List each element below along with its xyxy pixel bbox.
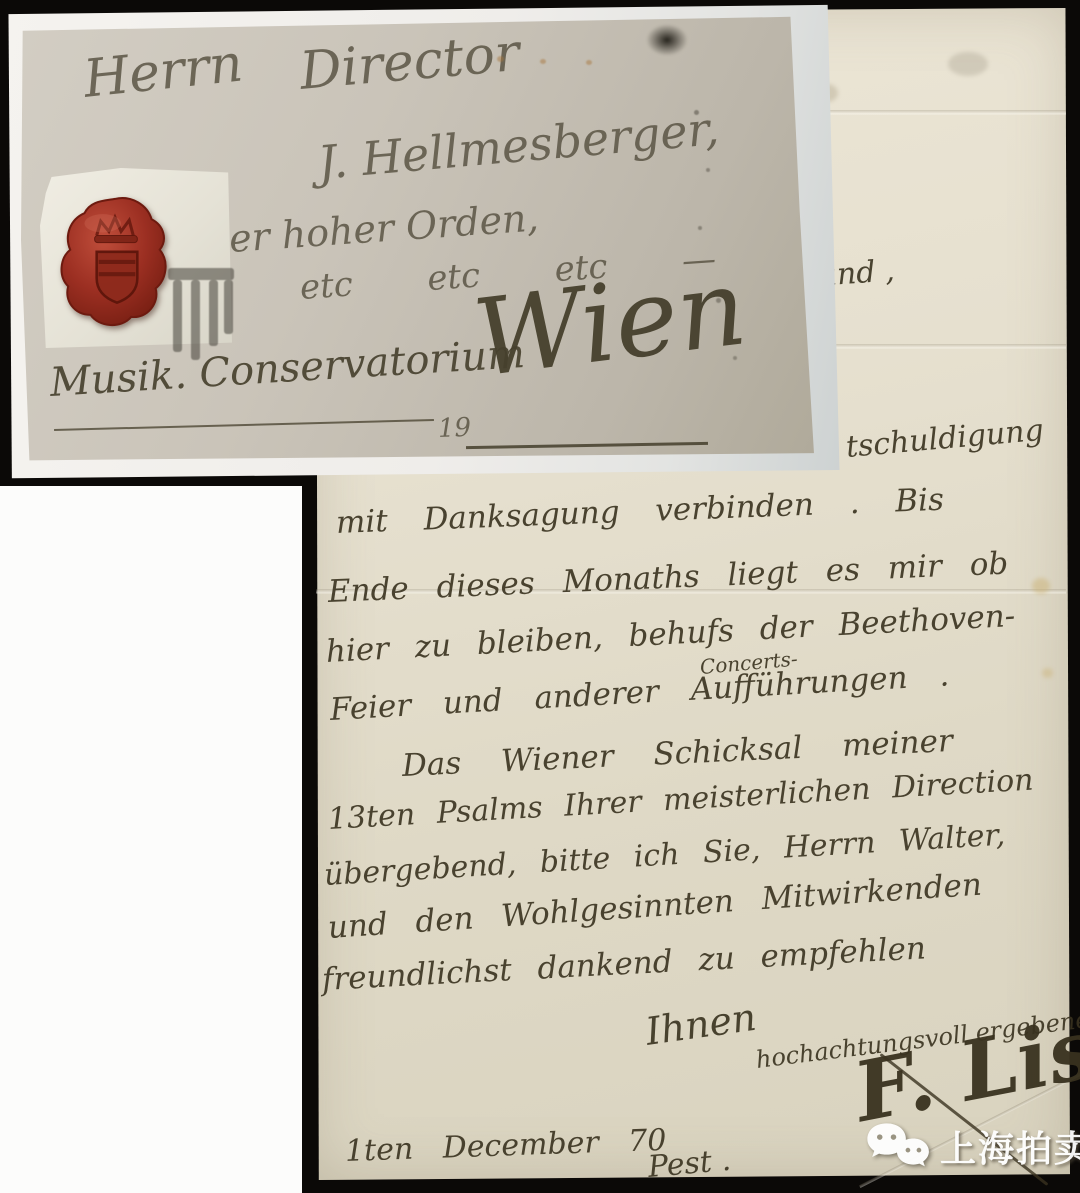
ink-speck — [698, 226, 702, 230]
ink-speck — [733, 356, 737, 360]
postmark-icon — [168, 252, 238, 368]
postmark-bar — [224, 280, 233, 334]
postmark-bar — [173, 280, 182, 352]
wechat-icon — [866, 1120, 932, 1172]
watermark: 上海拍卖行 — [866, 1120, 1080, 1172]
rust-stain — [586, 60, 592, 65]
ink-speck — [706, 168, 710, 172]
ink-speck — [694, 110, 699, 115]
rust-stain — [497, 56, 504, 62]
backing-panel-bottom-left — [0, 486, 302, 1193]
letter-place: Pest . — [646, 1143, 732, 1185]
rust-stain — [540, 59, 546, 64]
postmark-bar — [209, 280, 218, 346]
paper-stain — [948, 52, 988, 76]
red-wax-seal-icon — [56, 194, 178, 334]
paper-stain — [1042, 668, 1053, 678]
postmark-bar — [191, 280, 200, 360]
ink-speck — [716, 298, 721, 303]
postmark-bar — [168, 268, 234, 280]
paper-stain — [1032, 578, 1050, 594]
watermark-text: 上海拍卖行 — [940, 1121, 1080, 1172]
auction-photo-composite: eund , tschuldigung mit Danksagung verbi… — [0, 0, 1080, 1193]
ink-smudge — [646, 24, 688, 56]
envelope-number: 19 — [437, 413, 471, 444]
